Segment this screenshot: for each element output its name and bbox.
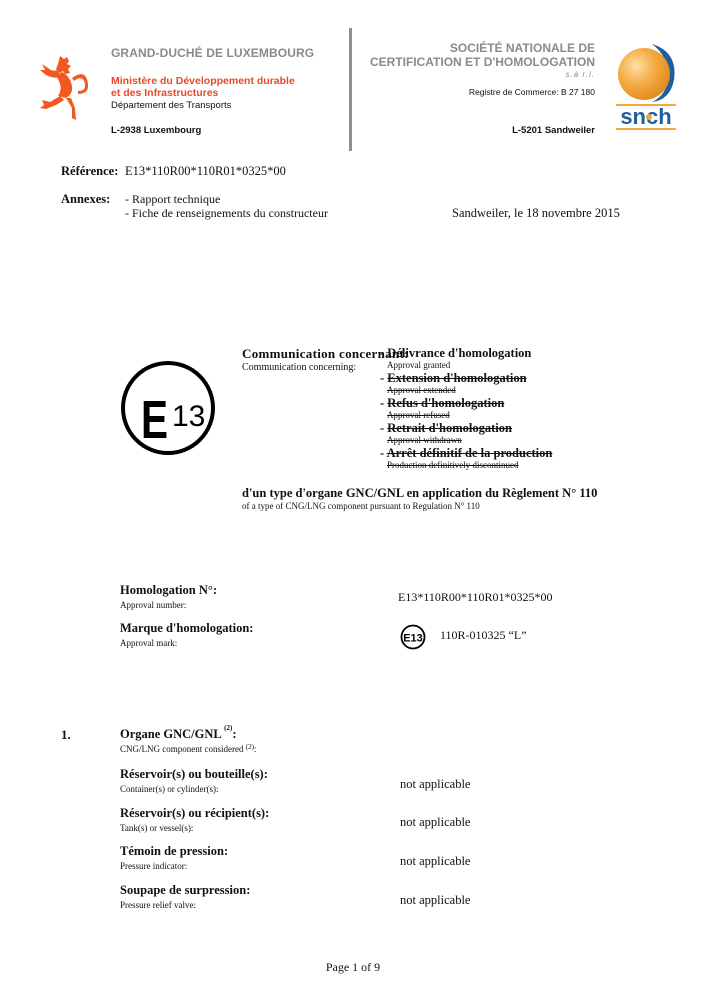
- country-title: GRAND-DUCHÉ DE LUXEMBOURG: [111, 46, 314, 60]
- option-approval-extended: - Extension d'homologation Approval exte…: [380, 371, 552, 396]
- svg-text:E: E: [141, 390, 168, 450]
- legal-form: s.à r.l.: [566, 70, 595, 79]
- e13-mark-icon: E13: [400, 624, 426, 650]
- annexes-list: - Rapport technique - Fiche de renseigne…: [125, 192, 328, 220]
- luxembourg-lion-logo-icon: [38, 52, 94, 122]
- approval-number-value: E13*110R00*110R01*0325*00: [398, 590, 552, 605]
- item-value: not applicable: [400, 854, 470, 869]
- svg-text:13: 13: [172, 400, 205, 433]
- footnote-marker: (2): [246, 743, 254, 751]
- option-approval-withdrawn: - Retrait d'homologation Approval withdr…: [380, 421, 552, 446]
- snch-org-name: SOCIÉTÉ NATIONALE DE CERTIFICATION ET D'…: [370, 41, 595, 69]
- item-value: not applicable: [400, 815, 470, 830]
- ministry-line-2: et des Infrastructures: [111, 87, 295, 99]
- svg-text:snch: snch: [620, 104, 671, 129]
- snch-address: L-5201 Sandweiler: [512, 125, 595, 136]
- org-line-1: SOCIÉTÉ NATIONALE DE: [370, 41, 595, 55]
- item-container-cylinder: Réservoir(s) ou bouteille(s): Container(…: [120, 765, 268, 794]
- commerce-register: Registre de Commerce: B 27 180: [469, 87, 595, 97]
- option-production-discontinued: - Arrêt définitif de la production Produ…: [380, 446, 552, 471]
- reference-value: E13*110R00*110R01*0325*00: [125, 164, 286, 179]
- approval-number-label: Homologation N°: Approval number:: [120, 581, 217, 610]
- annex-item: - Rapport technique: [125, 192, 328, 206]
- footnote-marker: (2): [224, 724, 232, 732]
- component-type-fr: d'un type d'organe GNC/GNL en applicatio…: [242, 486, 597, 501]
- ministry-line-1: Ministère du Développement durable: [111, 75, 295, 87]
- snch-logo-icon: snch: [610, 40, 682, 132]
- communication-options: - Délivrance d'homologation Approval gra…: [380, 346, 552, 471]
- department-name: Département des Transports: [111, 100, 231, 111]
- section-number: 1.: [61, 727, 71, 743]
- option-approval-granted: - Délivrance d'homologation Approval gra…: [380, 346, 552, 371]
- reference-label: Référence:: [61, 164, 118, 179]
- annexes-label: Annexes:: [61, 192, 110, 207]
- option-approval-refused: - Refus d'homologation Approval refused: [380, 396, 552, 421]
- item-pressure-indicator: Témoin de pression: Pressure indicator:: [120, 842, 228, 871]
- item-value: not applicable: [400, 777, 470, 792]
- item-value: not applicable: [400, 893, 470, 908]
- annex-item: - Fiche de renseignements du constructeu…: [125, 206, 328, 220]
- e13-emblem-icon: E 13: [120, 360, 216, 456]
- ministry-address: L-2938 Luxembourg: [111, 125, 201, 136]
- svg-text:E13: E13: [403, 633, 423, 645]
- item-tank-vessel: Réservoir(s) ou récipient(s): Tank(s) or…: [120, 804, 269, 833]
- approval-mark-value: 110R-010325 “L”: [440, 628, 527, 643]
- header-divider: [349, 28, 352, 151]
- org-line-2: CERTIFICATION ET D'HOMOLOGATION: [370, 55, 595, 69]
- item-pressure-relief-valve: Soupape de surpression: Pressure relief …: [120, 881, 250, 910]
- page-number: Page 1 of 9: [0, 960, 706, 975]
- approval-mark-label: Marque d'homologation: Approval mark:: [120, 619, 253, 648]
- place-date: Sandweiler, le 18 novembre 2015: [452, 206, 620, 221]
- section-title: Organe GNC/GNL (2): CNG/LNG component co…: [120, 725, 256, 754]
- component-type-en: of a type of CNG/LNG component pursuant …: [242, 501, 480, 511]
- communication-label-en: Communication concerning:: [242, 362, 356, 373]
- ministry-name: Ministère du Développement durable et de…: [111, 75, 295, 99]
